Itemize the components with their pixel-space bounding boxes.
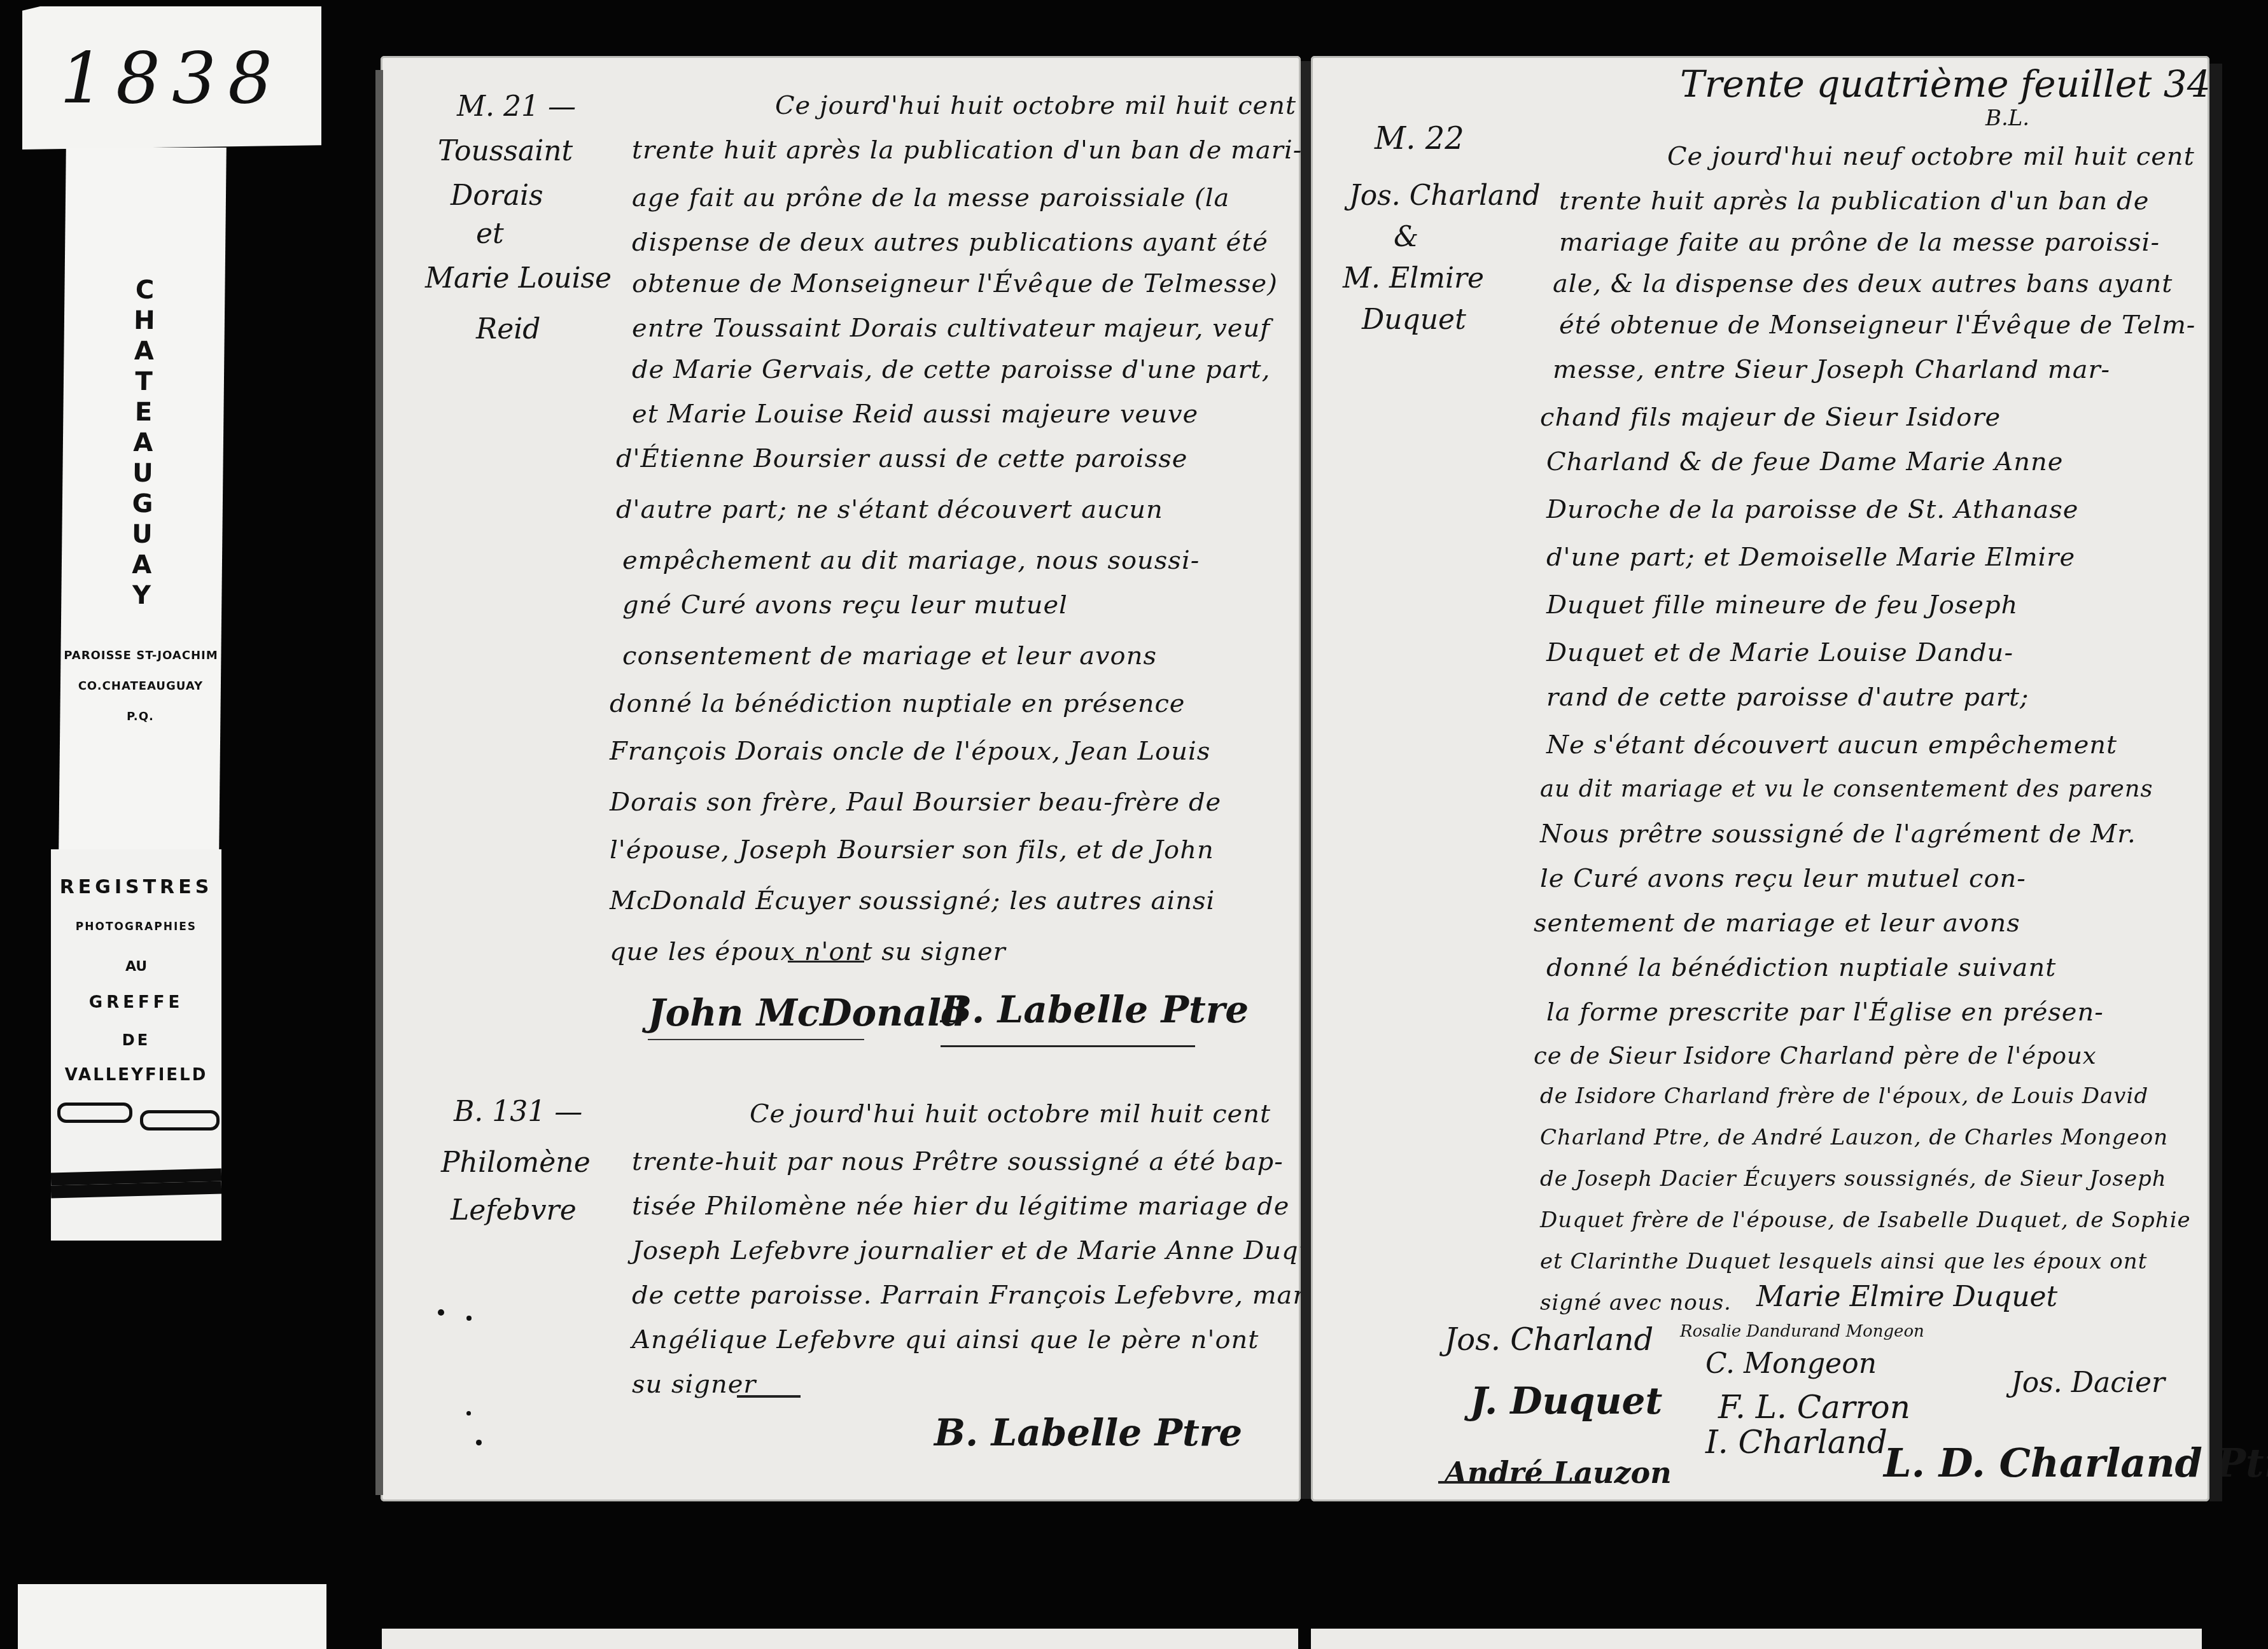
strip-letter: A (134, 336, 154, 366)
groom-name-margin: Jos. Charland (1349, 177, 1541, 215)
record-line: mariage faite au prône de la messe paroi… (1559, 228, 2160, 257)
bride-surname-margin: Reid (476, 310, 540, 349)
record-line: et Marie Louise Reid aussi majeure veuve (632, 400, 1198, 429)
witness-signature: F. L. Carron (1718, 1389, 1910, 1426)
priest-signature: B. Labelle Ptre (934, 1411, 1242, 1454)
page-edge-right (2209, 64, 2222, 1501)
record-line: d'une part; et Demoiselle Marie Elmire (1546, 543, 2075, 572)
strip-letter: T (135, 366, 153, 397)
register-page-right: Trente quatrième feuillet 34 B.L. M. 22 … (1311, 56, 2209, 1501)
bride-surname-margin: Duquet (1362, 301, 1466, 339)
page-edge-left (375, 70, 383, 1495)
record-line: d'autre part; ne s'étant découvert aucun (616, 495, 1163, 524)
record-line: de Isidore Charland frère de l'époux, de… (1540, 1083, 2148, 1109)
record-line: d'Étienne Boursier aussi de cette parois… (616, 444, 1187, 473)
greffe-line: GREFFE (51, 993, 221, 1012)
bride-name-margin: Marie Louise (425, 260, 612, 298)
book-gutter (1301, 61, 1311, 1499)
record-line: trente-huit par nous Prêtre soussigné a … (632, 1147, 1284, 1176)
record-line: le Curé avons reçu leur mutuel con- (1540, 864, 2026, 893)
record-line: messe, entre Sieur Joseph Charland mar- (1553, 355, 2110, 384)
strip-letter: C (136, 275, 155, 305)
record-line: Ce jourd'hui huit octobre mil huit cent (775, 91, 1296, 120)
record-line: rand de cette paroisse d'autre part; (1546, 683, 2029, 712)
valleyfield-line: VALLEYFIELD (51, 1066, 221, 1085)
county-line: CO.CHATEAUGUAY (60, 671, 221, 702)
record-line: de cette paroisse. Parrain François Lefe… (632, 1281, 1376, 1310)
record-line: trente huit après la publication d'un ba… (632, 136, 1302, 165)
record-line: Duroche de la paroisse de St. Athanase (1546, 495, 2078, 524)
groom-signature: Jos. Charland (1445, 1322, 1653, 1358)
record-line: entre Toussaint Dorais cultivateur majeu… (632, 314, 1270, 343)
record-line: empêchement au dit mariage, nous soussi- (622, 546, 1200, 575)
witness-signature: John McDonald (648, 991, 967, 1034)
record-line: dispense de deux autres publications aya… (632, 228, 1268, 257)
au-line: AU (51, 959, 221, 975)
registres-label: REGISTRES PHOTOGRAPHIES AU GREFFE DE VAL… (51, 849, 221, 1241)
witness-signature: C. Mongeon (1705, 1347, 1877, 1380)
record-line: été obtenue de Monseigneur l'Évêque de T… (1559, 310, 2195, 340)
record-line: Charland Ptre, de André Lauzon, de Charl… (1540, 1125, 2168, 1150)
record-line: Joseph Lefebvre journalier et de Marie A… (632, 1236, 1342, 1265)
priest-signature: B. Labelle Ptre (941, 988, 1249, 1031)
record-line: Angélique Lefebvre qui ainsi que le père… (632, 1325, 1259, 1354)
record-line: Ce jourd'hui neuf octobre mil huit cent (1667, 142, 2195, 171)
record-line: donné la bénédiction nuptiale suivant (1546, 953, 2056, 982)
strip-letter: A (132, 550, 151, 580)
year-label: 1838 (22, 6, 321, 150)
ink-speck (466, 1316, 472, 1321)
parish-label-strip: C H A T E A U G U A Y PAROISSE ST-JOACHI… (59, 148, 227, 852)
record-line: chand fils majeur de Sieur Isidore (1540, 403, 2001, 432)
signature-underline (1438, 1481, 1591, 1484)
record-line: tisée Philomène née hier du légitime mar… (632, 1192, 1289, 1221)
record-line: obtenue de Monseigneur l'Évêque de Telme… (632, 269, 1278, 298)
witness-signature: André Lauzon (1445, 1456, 1672, 1490)
year-text: 1838 (60, 38, 284, 119)
record-line: Dorais son frère, Paul Boursier beau-frè… (610, 788, 1221, 817)
witness-signature: I. Charland (1705, 1424, 1887, 1461)
record-line: donné la bénédiction nuptiale en présenc… (610, 689, 1186, 718)
closing-flourish (737, 1395, 801, 1398)
child-name-margin: Philomène (441, 1144, 591, 1182)
entry-number: M. 21 — (457, 88, 576, 126)
chateauguay-vertical-text: C H A T E A U G U A Y (61, 275, 225, 611)
record-line: consentement de mariage et leur avons (622, 641, 1157, 671)
registres-line: REGISTRES (51, 876, 221, 898)
record-line: de Joseph Dacier Écuyers soussignés, de … (1540, 1166, 2167, 1192)
record-line: Duquet frère de l'épouse, de Isabelle Du… (1540, 1207, 2191, 1233)
strip-letter: U (132, 458, 153, 489)
record-line: age fait au prône de la messe paroissial… (632, 183, 1229, 212)
strip-letter: E (135, 397, 153, 428)
margin-conjunction: & (1394, 218, 1418, 256)
record-line: Ce jourd'hui huit octobre mil huit cent (750, 1099, 1271, 1129)
parish-text: PAROISSE ST-JOACHIM CO.CHATEAUGUAY P.Q. (60, 641, 221, 732)
strip-letter: U (132, 519, 153, 550)
folio-initials: B.L. (1985, 106, 2029, 131)
record-line: la forme prescrite par l'Église en prése… (1546, 998, 2104, 1027)
paperclip-icon (57, 1103, 132, 1123)
record-line: l'épouse, Joseph Boursier son fils, et d… (610, 835, 1214, 865)
record-line: Duquet et de Marie Louise Dandu- (1546, 638, 2013, 667)
ink-speck (466, 1411, 471, 1416)
closing-flourish (788, 961, 864, 963)
record-line: Charland & de feue Dame Marie Anne (1546, 447, 2063, 477)
record-line: sentement de mariage et leur avons (1534, 908, 2020, 938)
paperclip-icon (140, 1110, 220, 1131)
record-line: Ne s'étant découvert aucun empêchement (1546, 730, 2117, 760)
signature-underline (648, 1039, 864, 1040)
strip-letter: A (133, 428, 153, 458)
witness-signature: Rosalie Dandurand Mongeon (1680, 1322, 1924, 1341)
next-frame-page-left (382, 1629, 1298, 1649)
record-line: trente huit après la publication d'un ba… (1559, 186, 2149, 216)
record-line: ale, & la dispense des deux autres bans … (1553, 269, 2173, 298)
record-line: Nous prêtre soussigné de l'agrément de M… (1540, 819, 2136, 849)
witness-signature: J. Duquet (1470, 1379, 1662, 1423)
strip-letter: G (132, 489, 153, 519)
photographies-line: PHOTOGRAPHIES (51, 921, 221, 933)
parish-line: PAROISSE ST-JOACHIM (60, 641, 221, 671)
ink-speck (476, 1440, 482, 1445)
margin-conjunction: et (476, 215, 504, 253)
next-frame-page-right (1311, 1629, 2202, 1649)
entry-number: M. 22 (1375, 120, 1464, 158)
record-line: de Marie Gervais, de cette paroisse d'un… (632, 355, 1270, 384)
groom-name-margin: Toussaint (438, 132, 573, 170)
record-line: François Dorais oncle de l'époux, Jean L… (610, 737, 1210, 766)
groom-surname-margin: Dorais (451, 177, 543, 215)
signature-underline (941, 1045, 1195, 1047)
record-line: et Clarinthe Duquet lesquels ainsi que l… (1540, 1249, 2147, 1274)
record-line: McDonald Écuyer soussigné; les autres ai… (610, 886, 1215, 915)
witness-signature: Jos. Dacier (2011, 1367, 2165, 1399)
register-page-left: M. 21 — Toussaint Dorais et Marie Louise… (381, 56, 1301, 1501)
folio-header: Trente quatrième feuillet 34 (1680, 62, 2211, 106)
bride-name-margin: M. Elmire (1343, 260, 1484, 298)
record-line: signé avec nous. (1540, 1290, 1732, 1316)
bride-signature: Marie Elmire Duquet (1756, 1281, 2057, 1313)
child-surname-margin: Lefebvre (451, 1192, 577, 1230)
record-line: gné Curé avons reçu leur mutuel (622, 590, 1068, 620)
record-line: ce de Sieur Isidore Charland père de l'é… (1534, 1042, 2097, 1069)
next-frame-label (18, 1584, 326, 1649)
ink-speck (438, 1309, 444, 1316)
record-line: au dit mariage et vu le consentement des… (1540, 775, 2153, 802)
entry-number: B. 131 — (454, 1093, 582, 1131)
strip-letter: Y (132, 580, 151, 611)
province-line: P.Q. (60, 702, 221, 732)
strip-letter: H (134, 305, 155, 336)
record-line: Duquet fille mineure de feu Joseph (1546, 590, 2018, 620)
de-line: DE (51, 1031, 221, 1049)
